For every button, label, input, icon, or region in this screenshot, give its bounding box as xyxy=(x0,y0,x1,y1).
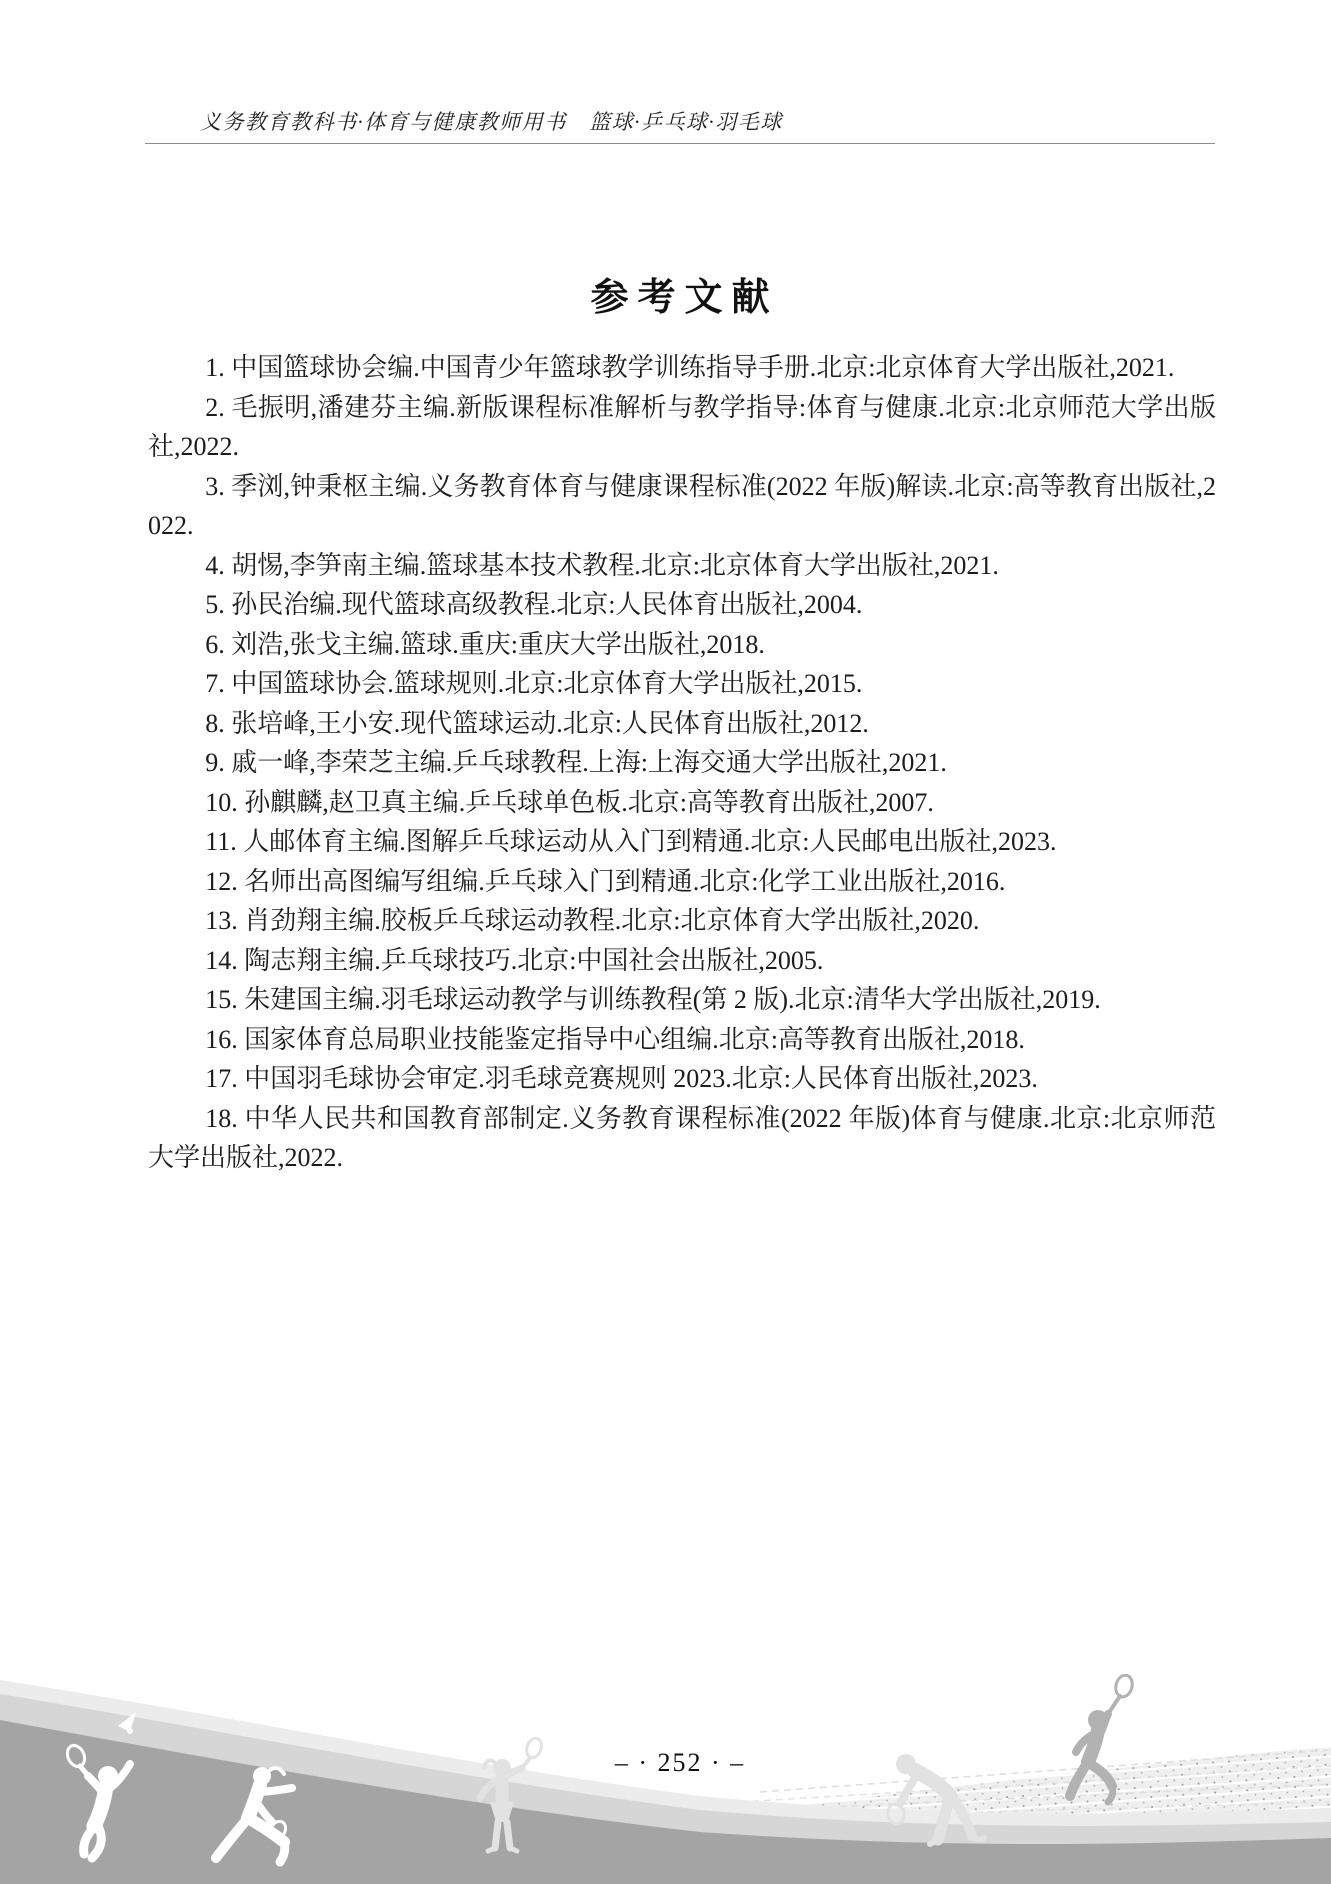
reference-item: 7. 中国篮球协会.篮球规则.北京:北京体育大学出版社,2015. xyxy=(148,664,1216,704)
reference-item: 4. 胡惕,李笋南主编.篮球基本技术教程.北京:北京体育大学出版社,2021. xyxy=(148,546,1216,586)
running-head: 义务教育教科书·体育与健康教师用书 篮球·乒乓球·羽毛球 xyxy=(200,106,1100,136)
reference-item: 15. 朱建国主编.羽毛球运动教学与训练教程(第 2 版).北京:清华大学出版社… xyxy=(148,980,1216,1020)
reference-item: 14. 陶志翔主编.乒乓球技巧.北京:中国社会出版社,2005. xyxy=(148,941,1216,981)
footer-decoration xyxy=(0,1674,1331,1884)
references-list: 1. 中国篮球协会编.中国青少年篮球教学训练指导手册.北京:北京体育大学出版社,… xyxy=(148,348,1216,1178)
reference-item: 17. 中国羽毛球协会审定.羽毛球竞赛规则 2023.北京:人民体育出版社,20… xyxy=(148,1059,1216,1099)
reference-item: 13. 肖劲翔主编.胶板乒乓球运动教程.北京:北京体育大学出版社,2020. xyxy=(148,901,1216,941)
reference-item: 1. 中国篮球协会编.中国青少年篮球教学训练指导手册.北京:北京体育大学出版社,… xyxy=(148,348,1216,388)
reference-item: 9. 戚一峰,李荣芝主编.乒乓球教程.上海:上海交通大学出版社,2021. xyxy=(148,743,1216,783)
reference-item: 8. 张培峰,王小安.现代篮球运动.北京:人民体育出版社,2012. xyxy=(148,704,1216,744)
reference-item: 10. 孙麒麟,赵卫真主编.乒乓球单色板.北京:高等教育出版社,2007. xyxy=(148,783,1216,823)
running-head-rule xyxy=(145,143,1215,144)
reference-item: 16. 国家体育总局职业技能鉴定指导中心组编.北京:高等教育出版社,2018. xyxy=(148,1020,1216,1060)
reference-item: 5. 孙民治编.现代篮球高级教程.北京:人民体育出版社,2004. xyxy=(148,585,1216,625)
reference-item: 18. 中华人民共和国教育部制定.义务教育课程标准(2022 年版)体育与健康.… xyxy=(148,1099,1216,1178)
reference-item: 11. 人邮体育主编.图解乒乓球运动从入门到精通.北京:人民邮电出版社,2023… xyxy=(148,822,1216,862)
reference-item: 2. 毛振明,潘建芬主编.新版课程标准解析与教学指导:体育与健康.北京:北京师范… xyxy=(148,388,1216,467)
reference-item: 3. 季浏,钟秉枢主编.义务教育体育与健康课程标准(2022 年版)解读.北京:… xyxy=(148,467,1216,546)
book-page: 义务教育教科书·体育与健康教师用书 篮球·乒乓球·羽毛球 参考文献 1. 中国篮… xyxy=(0,0,1331,1884)
reference-item: 6. 刘浩,张戈主编.篮球.重庆:重庆大学出版社,2018. xyxy=(148,625,1216,665)
page-number: – · 252 · – xyxy=(145,1748,1215,1778)
page-title: 参考文献 xyxy=(145,266,1215,321)
reference-item: 12. 名师出高图编写组编.乒乓球入门到精通.北京:化学工业出版社,2016. xyxy=(148,862,1216,902)
